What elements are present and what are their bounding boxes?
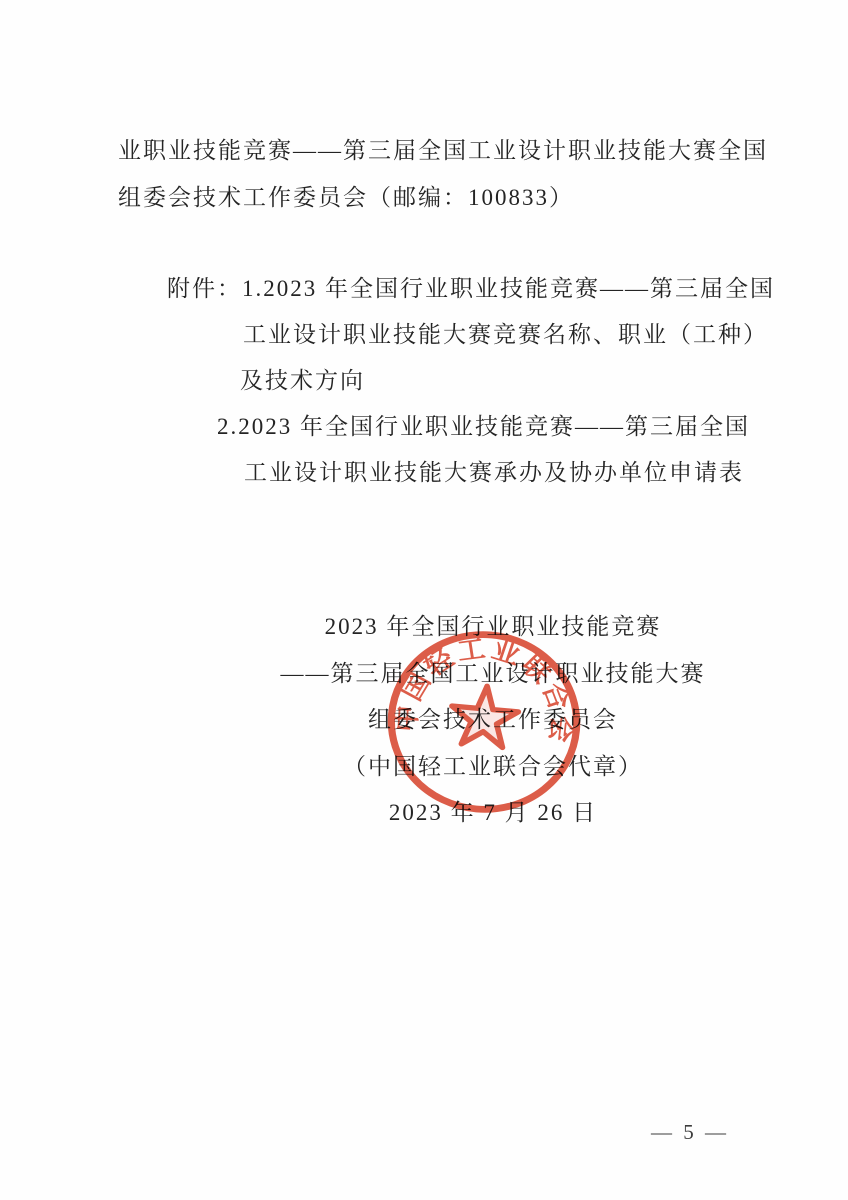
attachment-line: 工业设计职业技能大赛承办及协办单位申请表 [244,461,744,484]
star-icon [449,683,520,748]
attachment-line: 及技术方向 [240,369,365,392]
intro-line: 业职业技能竞赛——第三届全国工业设计职业技能大赛全国 [118,139,768,162]
official-seal-stamp: 中国轻工业联合会 [373,616,595,827]
attachment-line: 附件：1.2023 年全国行业职业技能竞赛——第三届全国 [167,277,775,300]
attachment-line: 工业设计职业技能大赛竞赛名称、职业（工种） [243,323,768,346]
scanned-document-page: 业职业技能竞赛——第三届全国工业设计职业技能大赛全国 组委会技术工作委员会（邮编… [0,0,848,1200]
intro-line: 组委会技术工作委员会（邮编：100833） [118,186,574,209]
attachment-line: 2.2023 年全国行业职业技能竞赛——第三届全国 [217,415,750,438]
page-number: — 5 — [651,1120,729,1145]
